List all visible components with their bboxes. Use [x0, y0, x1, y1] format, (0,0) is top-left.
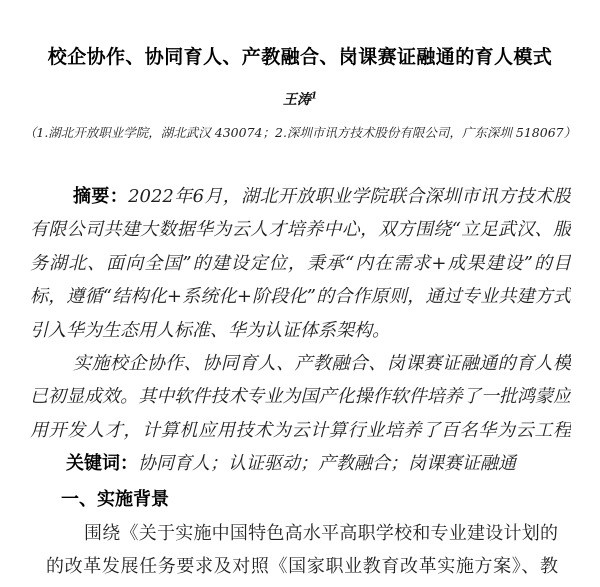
body-line-2: 的改革发展任务要求及对照《国家职业教育改革实施方案》、教育部: [46, 550, 558, 583]
affiliation-line: （1.湖北开放职业学院，湖北武汉 430074；2.深圳市讯方技术股份有限公司，…: [10, 123, 590, 141]
abstract-line-1: 摘要：2022年6月，湖北开放职业学院联合深圳市讯方技术股份: [30, 180, 571, 213]
abstract-line-6: 实施校企协作、协同育人、产教融合、岗课赛证融通的育人模式: [30, 347, 571, 380]
abstract-line-8: 用开发人才，计算机应用技术为云计算行业培养了百名华为云工程师。: [30, 414, 571, 447]
abstract-label: 摘要：: [73, 186, 128, 206]
abstract-line-7: 已初显成效。其中软件技术专业为国产化操作软件培养了一批鸿蒙应: [30, 380, 571, 413]
author-line: 王涛1: [0, 89, 600, 109]
author-name: 王涛: [283, 92, 311, 108]
keywords-line: 关键词：协同育人；认证驱动；产教融合；岗课赛证融通: [30, 447, 571, 480]
section-body: 围绕《关于实施中国特色高水平高职学校和专业建设计划的意见》 的改革发展任务要求及…: [46, 517, 558, 584]
keywords-text: 协同育人；认证驱动；产教融合；岗课赛证融通: [138, 453, 516, 474]
abstract-line-3: 务湖北、面向全国”的建设定位，秉承“内在需求+成果建设”的目: [30, 247, 571, 280]
author-superscript: 1: [311, 91, 317, 101]
section-heading: 一、实施背景: [61, 483, 169, 516]
abstract-text-1: 2022年6月，湖北开放职业学院联合深圳市讯方技术股份: [73, 186, 571, 213]
abstract-line-2: 有限公司共建大数据华为云人才培养中心，双方围绕“立足武汉、服: [30, 213, 571, 246]
abstract-line-5: 引入华为生态用人标准、华为认证体系架构。: [30, 314, 571, 347]
body-line-1: 围绕《关于实施中国特色高水平高职学校和专业建设计划的意见》: [46, 517, 558, 550]
keywords-label: 关键词：: [66, 453, 138, 473]
abstract-line-4: 标，遵循“结构化+系统化+阶段化”的合作原则，通过专业共建方式: [30, 280, 571, 313]
abstract-block: 摘要：2022年6月，湖北开放职业学院联合深圳市讯方技术股份 有限公司共建大数据…: [30, 180, 571, 481]
document-page: 校企协作、协同育人、产教融合、岗课赛证融通的育人模式 王涛1 （1.湖北开放职业…: [0, 0, 600, 587]
paper-title: 校企协作、协同育人、产教融合、岗课赛证融通的育人模式: [20, 42, 580, 74]
